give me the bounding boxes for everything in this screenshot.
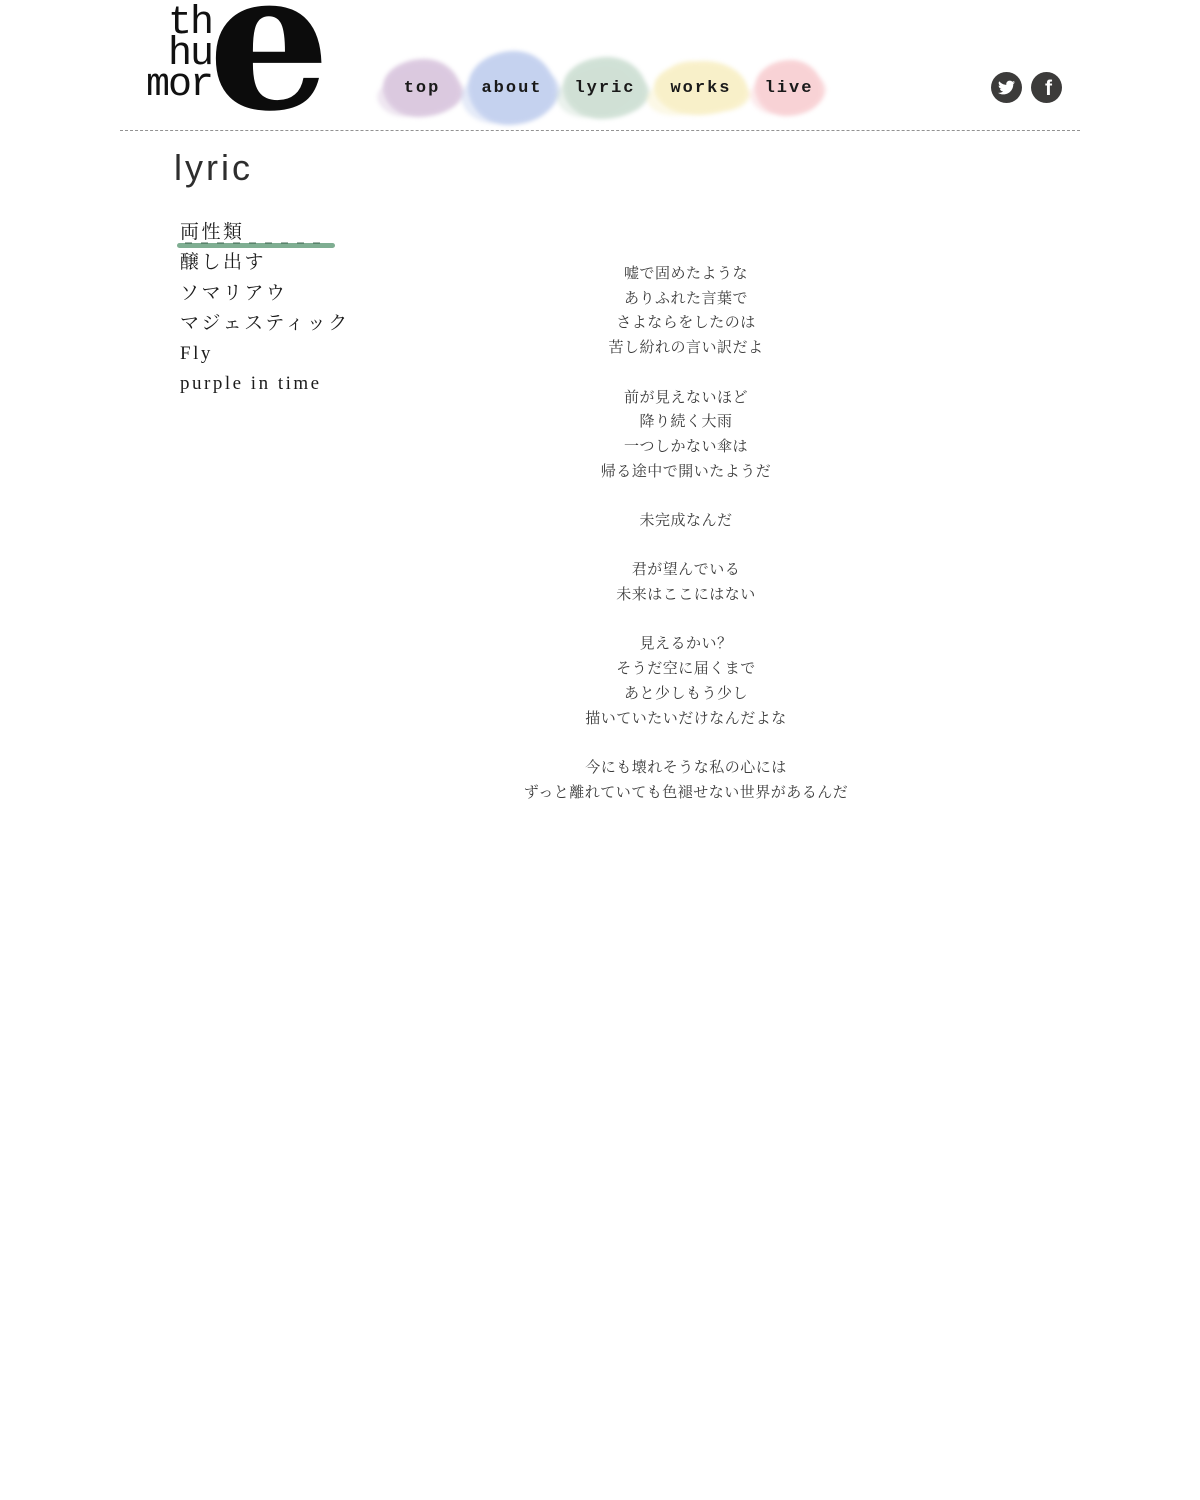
lyrics-line: 描いていたいだけなんだよな: [336, 707, 1036, 732]
site-logo[interactable]: th hu mor e: [122, 0, 342, 125]
lyrics-line: そうだ空に届くまで: [336, 657, 1036, 682]
lyrics-stanza: 君が望んでいる 未来はここにはない: [336, 558, 1036, 607]
nav-item-label: live: [765, 79, 814, 98]
lyrics-line: 降り続く大雨: [336, 410, 1036, 435]
lyrics-stanza: 今にも壊れそうな私の心には ずっと離れていても色褪せない世界があるんだ: [336, 756, 1036, 805]
logo-line-3: mor: [128, 70, 212, 101]
lyrics-line: 今にも壊れそうな私の心には: [336, 756, 1036, 781]
lyrics-body: 嘘で固めたような ありふれた言葉で さよならをしたのは 苦し紛れの言い訳だよ 前…: [336, 262, 1036, 830]
lyric-page: lyric 両性類 醸し出す ソマリアウ マジェスティック: [120, 131, 1080, 1471]
lyrics-stanza: 見えるかい？ そうだ空に届くまで あと少しもう少し 描いていたいだけなんだよな: [336, 632, 1036, 731]
twitter-bird-glyph: [998, 79, 1015, 96]
nav-item-label: about: [481, 79, 542, 98]
lyrics-line: さよならをしたのは: [336, 311, 1036, 336]
song-title: マジェスティック: [180, 313, 350, 334]
main-nav: top about lyric works live: [383, 50, 823, 126]
song-title: ソマリアウ: [180, 283, 288, 304]
lyrics-line: 君が望んでいる: [336, 558, 1036, 583]
lyrics-stanza: 嘘で固めたような ありふれた言葉で さよならをしたのは 苦し紛れの言い訳だよ: [336, 262, 1036, 361]
lyrics-line: ありふれた言葉で: [336, 287, 1036, 312]
lyrics-line: 未来はここにはない: [336, 583, 1036, 608]
nav-item-label: lyric: [574, 79, 635, 98]
lyrics-stanza: 前が見えないほど 降り続く大雨 一つしかない傘は 帰る途中で開いたようだ: [336, 386, 1036, 485]
lyrics-line: 苦し紛れの言い訳だよ: [336, 336, 1036, 361]
page-title: lyric: [174, 147, 253, 189]
site-header: th hu mor e top about lyric work: [120, 0, 1080, 131]
song-title: purple in time: [180, 373, 322, 394]
lyrics-line: 一つしかない傘は: [336, 435, 1036, 460]
nav-item[interactable]: lyric: [563, 57, 647, 119]
song-title: Fly: [180, 343, 213, 364]
lyrics-line: ずっと離れていても色褪せない世界があるんだ: [336, 781, 1036, 806]
lyrics-line: 見えるかい？: [336, 632, 1036, 657]
lyrics-line: 嘘で固めたような: [336, 262, 1036, 287]
active-song-underline: [177, 243, 335, 248]
song-title: 醸し出す: [180, 252, 266, 273]
lyrics-line: 未完成なんだ: [336, 509, 1036, 534]
lyrics-line: あと少しもう少し: [336, 682, 1036, 707]
song-list-item[interactable]: 両性類: [180, 218, 440, 248]
nav-item-label: top: [404, 79, 441, 98]
nav-item[interactable]: works: [654, 61, 748, 115]
lyrics-line: 前が見えないほど: [336, 386, 1036, 411]
nav-item[interactable]: top: [383, 59, 461, 117]
song-title: 両性類: [180, 222, 245, 243]
twitter-icon[interactable]: [991, 72, 1022, 103]
social-links: f: [991, 72, 1062, 103]
nav-item[interactable]: about: [468, 51, 556, 125]
nav-item[interactable]: live: [755, 60, 823, 116]
lyrics-stanza: 未完成なんだ: [336, 509, 1036, 534]
nav-item-label: works: [670, 79, 731, 98]
facebook-icon[interactable]: f: [1031, 72, 1062, 103]
lyrics-line: 帰る途中で開いたようだ: [336, 460, 1036, 485]
facebook-f-glyph: f: [1045, 77, 1052, 101]
logo-text: th hu mor: [128, 8, 212, 101]
